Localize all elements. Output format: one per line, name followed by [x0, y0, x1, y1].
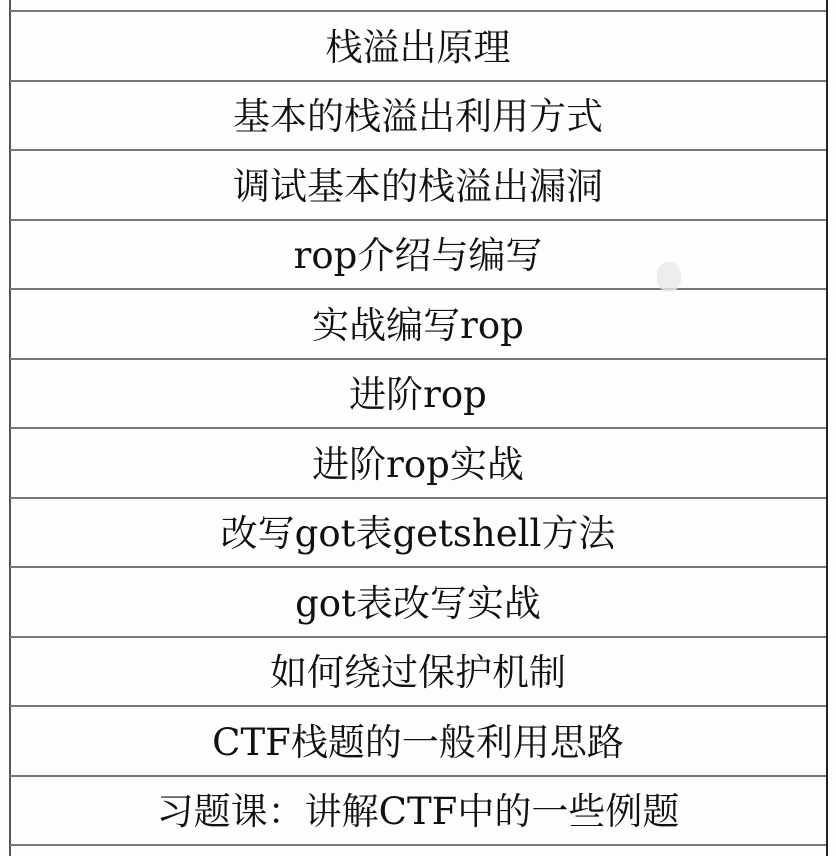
row-text: 调试基本的栈溢出漏洞 [233, 156, 603, 210]
table-row: 习题课：讲解CTF中的一些例题 [10, 775, 826, 847]
row-text: CTF栈题的一般利用思路 [212, 712, 624, 766]
table-row: CTF栈题的一般利用思路 [10, 705, 826, 775]
row-text: 进阶rop实战 [312, 434, 524, 488]
table-row: 改写got表getshell方法 [10, 497, 826, 567]
table-row: 进阶rop实战 [10, 427, 826, 497]
row-text: 栈溢出原理 [326, 17, 511, 71]
row-text: 如何绕过保护机制 [270, 642, 566, 696]
row-text: got表改写实战 [295, 573, 541, 627]
row-text: 习题课：讲解CTF中的一些例题 [157, 781, 680, 835]
row-text: 基本的栈溢出利用方式 [233, 86, 603, 140]
row-text: rop介绍与编写 [294, 225, 543, 279]
table-row: 基本的栈溢出利用方式 [10, 80, 826, 150]
loading-indicator-icon [657, 262, 681, 292]
table-row: rop介绍与编写 [10, 219, 826, 289]
table-row: 进阶rop [10, 358, 826, 428]
course-outline-table: 栈溢出原理 基本的栈溢出利用方式 调试基本的栈溢出漏洞 rop介绍与编写 实战编… [10, 10, 826, 846]
row-text: 实战编写rop [312, 295, 524, 349]
table-row: 如何绕过保护机制 [10, 636, 826, 706]
table-row: 调试基本的栈溢出漏洞 [10, 149, 826, 219]
table-row: 实战编写rop [10, 288, 826, 358]
row-text: 进阶rop [349, 364, 487, 418]
table-row: got表改写实战 [10, 566, 826, 636]
row-text: 改写got表getshell方法 [221, 503, 616, 557]
table-row: 栈溢出原理 [10, 10, 826, 80]
table-right-border [826, 0, 828, 856]
